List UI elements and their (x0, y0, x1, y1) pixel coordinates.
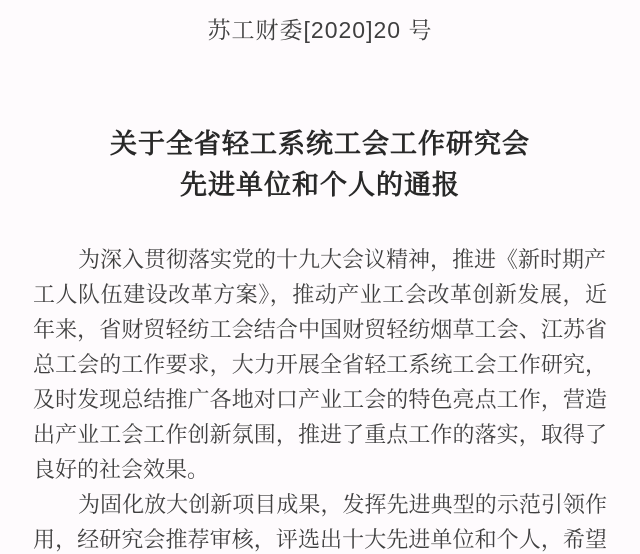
doc-title-line-1: 关于全省轻工系统工会工作研究会 (33, 124, 607, 165)
doc-body: 为深入贯彻落实党的十九大会议精神，推进《新时期产业 工人队伍建设改革方案》，推动… (33, 242, 607, 554)
doc-number: 苏工财委[2020]20 号 (33, 16, 607, 44)
body-line: 为深入贯彻落实党的十九大会议精神，推进《新时期产业 (33, 242, 607, 277)
body-line: 良好的社会效果。 (33, 452, 607, 487)
body-line: 年来，省财贸轻纺工会结合中国财贸轻纺烟草工会、江苏省 (33, 312, 607, 347)
body-line: 为固化放大创新项目成果，发挥先进典型的示范引领作 (33, 487, 607, 522)
body-line: 总工会的工作要求，大力开展全省轻工系统工会工作研究， (33, 347, 607, 382)
body-line: 工人队伍建设改革方案》，推动产业工会改革创新发展，近 (33, 277, 607, 312)
body-line: 及时发现总结推广各地对口产业工会的特色亮点工作，营造 (33, 382, 607, 417)
doc-title-line-2: 先进单位和个人的通报 (33, 165, 607, 206)
document-page: 苏工财委[2020]20 号 关于全省轻工系统工会工作研究会 先进单位和个人的通… (0, 0, 640, 554)
body-line: 用，经研究会推荐审核，评选出十大先进单位和个人，希望 (33, 522, 607, 554)
body-line: 出产业工会工作创新氛围，推进了重点工作的落实，取得了 (33, 417, 607, 452)
doc-title: 关于全省轻工系统工会工作研究会 先进单位和个人的通报 (33, 124, 607, 206)
